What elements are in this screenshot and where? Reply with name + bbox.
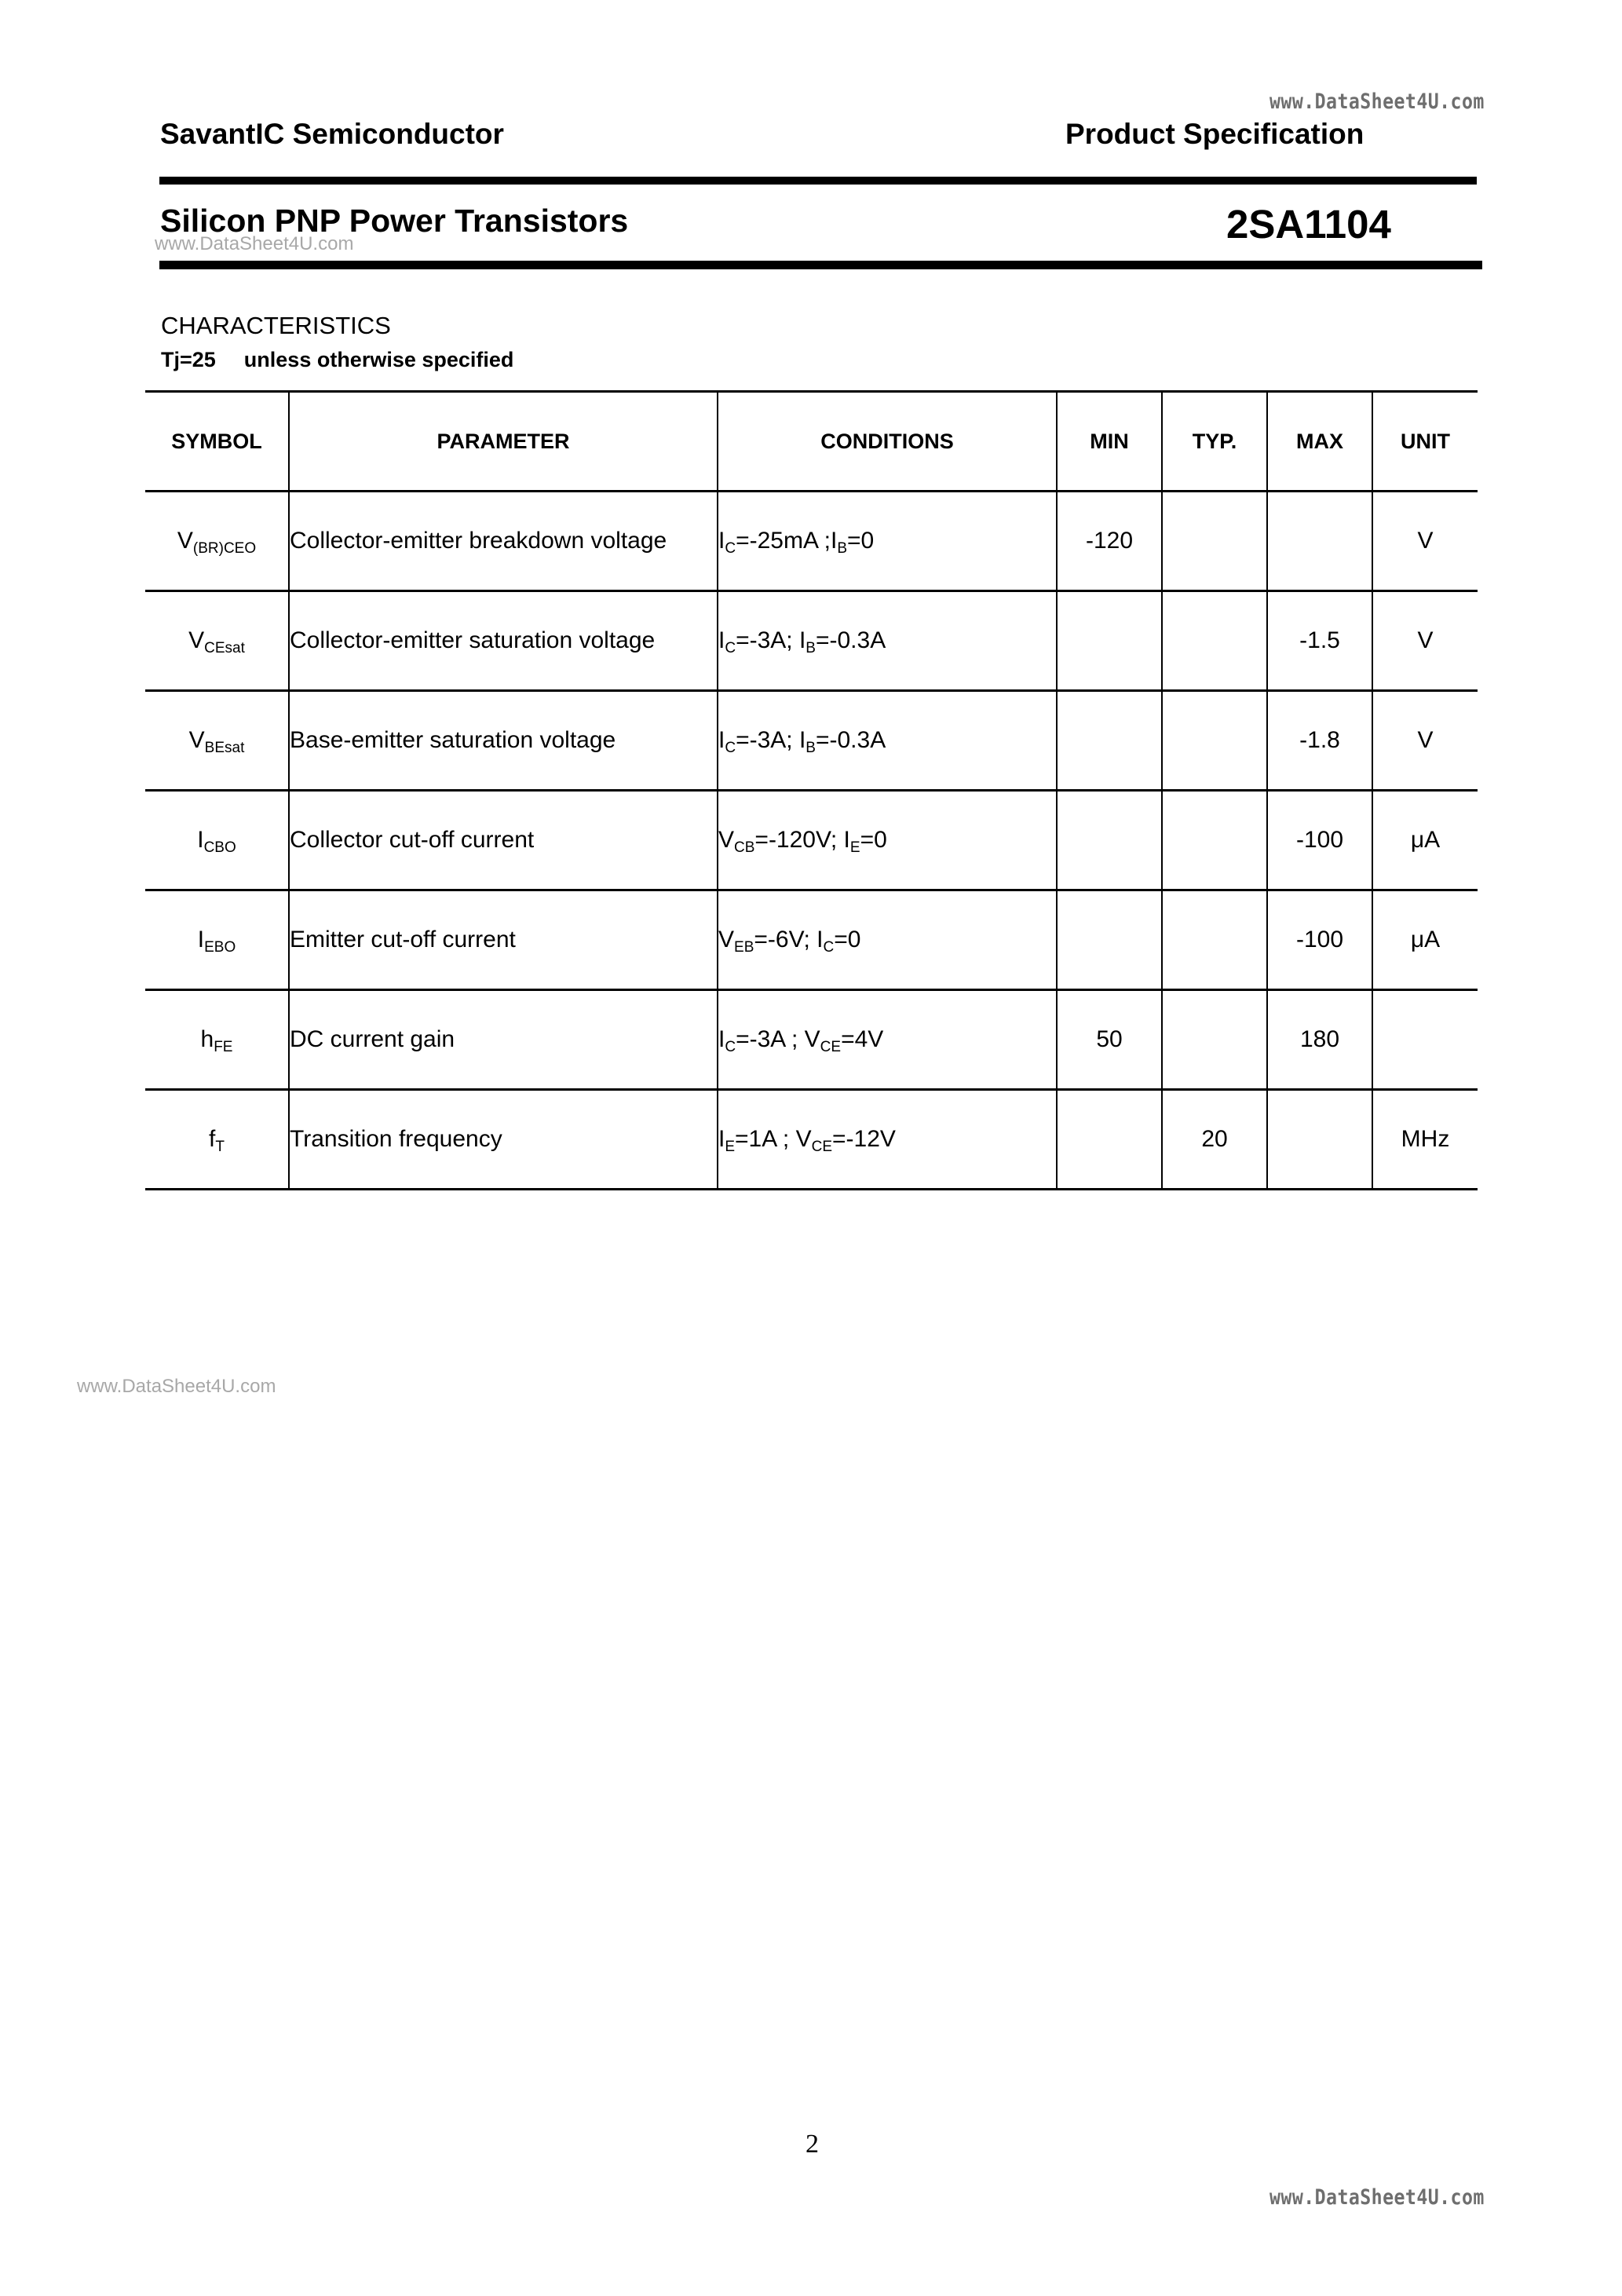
parameter-cell: Collector cut-off current [289, 791, 718, 890]
unit-cell: MHz [1372, 1090, 1478, 1190]
max-cell: -100 [1267, 890, 1372, 990]
table-row: VBEsatBase-emitter saturation voltageIC=… [145, 691, 1478, 791]
symbol-main: h [201, 1026, 214, 1052]
condition-text: =-0.3A [816, 627, 886, 653]
unit-cell: V [1372, 591, 1478, 691]
section-title: CHARACTERISTICS [161, 312, 391, 340]
symbol-main: I [198, 927, 204, 952]
header-unit: UNIT [1372, 392, 1478, 492]
symbol-subscript: (BR)CEO [193, 540, 256, 557]
table-row: hFEDC current gainIC=-3A ; VCE=4V50180 [145, 990, 1478, 1090]
header-rule-bottom [159, 261, 1482, 269]
symbol-main: V [189, 727, 205, 753]
watermark-top-right: www.DataSheet4U.com [1269, 90, 1485, 114]
condition-subscript: C [725, 740, 736, 756]
conditions-cell: IE=1A ; VCE=-12V [718, 1090, 1057, 1190]
min-cell [1057, 791, 1162, 890]
condition-text: =0 [834, 927, 860, 952]
parameter-cell: Collector-emitter breakdown voltage [289, 492, 718, 591]
condition-text: =0 [860, 827, 887, 853]
parameter-cell: Transition frequency [289, 1090, 718, 1190]
min-cell [1057, 591, 1162, 691]
conditions-cell: VCB=-120V; IE=0 [718, 791, 1057, 890]
symbol-subscript: T [215, 1139, 225, 1155]
table-row: fTTransition frequencyIE=1A ; VCE=-12V20… [145, 1090, 1478, 1190]
condition-subscript: CE [812, 1139, 832, 1155]
header-rule-top [159, 177, 1477, 185]
typ-cell [1162, 492, 1267, 591]
junction-temperature: Tj=25 [161, 348, 216, 371]
typ-cell [1162, 890, 1267, 990]
unit-cell: μA [1372, 890, 1478, 990]
typ-cell [1162, 990, 1267, 1090]
watermark-under-title: www.DataSheet4U.com [155, 233, 353, 255]
condition-subscript: E [850, 839, 860, 856]
symbol-cell: ICBO [145, 791, 289, 890]
header-conditions: CONDITIONS [718, 392, 1057, 492]
max-cell [1267, 492, 1372, 591]
condition-subscript: C [725, 1039, 736, 1055]
table-row: V(BR)CEOCollector-emitter breakdown volt… [145, 492, 1478, 591]
symbol-cell: VBEsat [145, 691, 289, 791]
unit-cell: V [1372, 691, 1478, 791]
condition-text: =1A ; V [735, 1126, 812, 1152]
condition-text: =-120V; I [754, 827, 849, 853]
parameter-cell: Emitter cut-off current [289, 890, 718, 990]
typ-cell: 20 [1162, 1090, 1267, 1190]
header-parameter: PARAMETER [289, 392, 718, 492]
condition-subscript: E [725, 1139, 735, 1155]
condition-text: =0 [847, 528, 874, 554]
header-min: MIN [1057, 392, 1162, 492]
min-cell [1057, 1090, 1162, 1190]
symbol-cell: V(BR)CEO [145, 492, 289, 591]
company-name: SavantIC Semiconductor [160, 118, 504, 151]
conditions-cell: IC=-3A; IB=-0.3A [718, 591, 1057, 691]
symbol-cell: IEBO [145, 890, 289, 990]
symbol-cell: hFE [145, 990, 289, 1090]
characteristics-table: SYMBOL PARAMETER CONDITIONS MIN TYP. MAX… [145, 390, 1478, 1190]
conditions-cell: VEB=-6V; IC=0 [718, 890, 1057, 990]
typ-cell [1162, 591, 1267, 691]
condition-subscript: C [725, 640, 736, 656]
condition-text: =-3A; I [736, 627, 806, 653]
table-row: VCEsatCollector-emitter saturation volta… [145, 591, 1478, 691]
condition-text: =-6V; I [754, 927, 823, 952]
parameter-cell: DC current gain [289, 990, 718, 1090]
watermark-bottom-right: www.DataSheet4U.com [1269, 2185, 1485, 2210]
table-row: ICBOCollector cut-off currentVCB=-120V; … [145, 791, 1478, 890]
condition-subscript: B [837, 540, 847, 557]
max-cell: -1.5 [1267, 591, 1372, 691]
condition-text: =-3A ; V [736, 1026, 820, 1052]
page-number: 2 [806, 2130, 819, 2159]
symbol-subscript: FE [214, 1039, 232, 1055]
symbol-cell: fT [145, 1090, 289, 1190]
table-header-row: SYMBOL PARAMETER CONDITIONS MIN TYP. MAX… [145, 392, 1478, 492]
condition-text: =4V [841, 1026, 883, 1052]
symbol-cell: VCEsat [145, 591, 289, 691]
unit-cell [1372, 990, 1478, 1090]
unit-cell: V [1372, 492, 1478, 591]
max-cell: -1.8 [1267, 691, 1372, 791]
symbol-main: V [188, 627, 204, 653]
parameter-cell: Collector-emitter saturation voltage [289, 591, 718, 691]
conditions-cell: IC=-3A; IB=-0.3A [718, 691, 1057, 791]
part-number: 2SA1104 [1226, 201, 1391, 247]
condition-suffix: unless otherwise specified [244, 348, 514, 371]
watermark-mid-left: www.DataSheet4U.com [77, 1376, 276, 1398]
min-cell: -120 [1057, 492, 1162, 591]
condition-text: =-25mA ;I [736, 528, 837, 554]
document-type: Product Specification [1065, 118, 1364, 151]
condition-subscript: B [806, 740, 816, 756]
condition-subscript: B [806, 640, 816, 656]
symbol-main: V [177, 528, 193, 554]
condition-text: =-3A; I [736, 727, 806, 753]
min-cell [1057, 691, 1162, 791]
max-cell [1267, 1090, 1372, 1190]
condition-text: =-12V [832, 1126, 896, 1152]
symbol-subscript: EBO [204, 939, 236, 956]
header-max: MAX [1267, 392, 1372, 492]
condition-subscript: EB [734, 939, 754, 956]
max-cell: 180 [1267, 990, 1372, 1090]
conditions-cell: IC=-3A ; VCE=4V [718, 990, 1057, 1090]
condition-text: =-0.3A [816, 727, 886, 753]
table-row: IEBOEmitter cut-off currentVEB=-6V; IC=0… [145, 890, 1478, 990]
min-cell [1057, 890, 1162, 990]
conditions-cell: IC=-25mA ;IB=0 [718, 492, 1057, 591]
condition-subscript: CE [820, 1039, 841, 1055]
header-typ: TYP. [1162, 392, 1267, 492]
condition-subscript: CB [734, 839, 754, 856]
test-condition-note: Tj=25unless otherwise specified [161, 348, 513, 372]
typ-cell [1162, 691, 1267, 791]
condition-subscript: C [725, 540, 736, 557]
typ-cell [1162, 791, 1267, 890]
condition-subscript: C [823, 939, 834, 956]
unit-cell: μA [1372, 791, 1478, 890]
min-cell: 50 [1057, 990, 1162, 1090]
symbol-subscript: BEsat [205, 740, 245, 756]
parameter-cell: Base-emitter saturation voltage [289, 691, 718, 791]
symbol-subscript: CEsat [204, 640, 245, 656]
symbol-main: I [197, 827, 203, 853]
condition-text: V [718, 827, 734, 853]
header-symbol: SYMBOL [145, 392, 289, 492]
condition-text: V [718, 927, 734, 952]
symbol-subscript: CBO [204, 839, 236, 856]
max-cell: -100 [1267, 791, 1372, 890]
